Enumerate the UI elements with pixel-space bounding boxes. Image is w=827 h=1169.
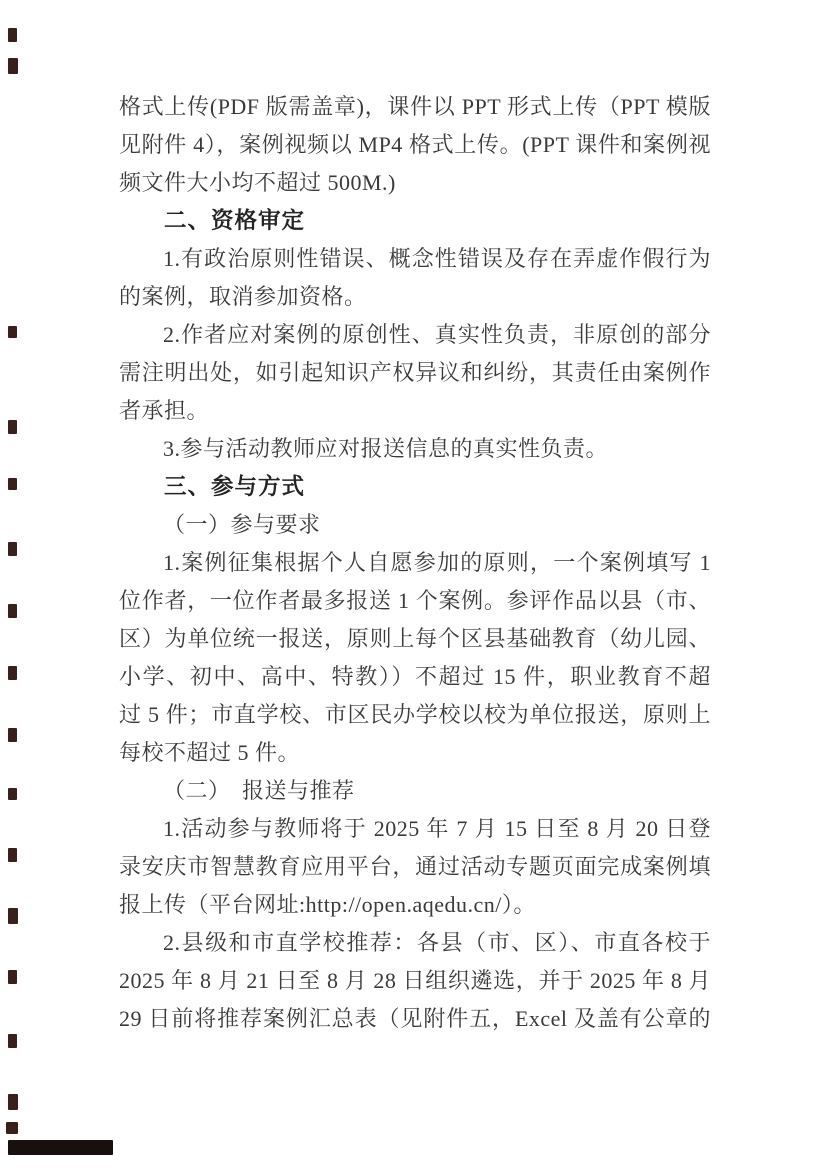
text-line: 需注明出处，如引起知识产权异议和纠纷，其责任由案例作: [119, 354, 711, 392]
section-heading: 三、参与方式: [119, 468, 711, 506]
text-line: 格式上传(PDF 版需盖章)，课件以 PPT 形式上传（PPT 模版: [119, 88, 711, 126]
text-line: 2025 年 8 月 21 日至 8 月 28 日组织遴选，并于 2025 年 …: [119, 962, 711, 1000]
text-line: 小学、初中、高中、特教））不超过 15 件，职业教育不超: [119, 658, 711, 696]
scan-binding-mark: [8, 666, 17, 680]
text-line: 1.有政治原则性错误、概念性错误及存在弄虚作假行为: [119, 240, 711, 278]
section-heading: 二、资格审定: [119, 202, 711, 240]
scan-binding-mark: [8, 788, 17, 800]
scan-binding-mark: [8, 1034, 17, 1048]
text-line: 报上传（平台网址:http://open.aqedu.cn/）。: [119, 886, 711, 924]
text-line: 1.案例征集根据个人自愿参加的原则，一个案例填写 1: [119, 544, 711, 582]
scan-binding-mark: [8, 728, 17, 742]
scan-binding-mark: [8, 848, 17, 862]
scan-smudge-bar: [8, 1140, 113, 1155]
scan-binding-mark: [8, 970, 17, 984]
text-line: 每校不超过 5 件。: [119, 734, 711, 772]
text-line: 29 日前将推荐案例汇总表（见附件五，Excel 及盖有公章的: [119, 1000, 711, 1038]
text-line: 的案例，取消参加资格。: [119, 278, 711, 316]
text-line: 2.县级和市直学校推荐：各县（市、区）、市直各校于: [119, 924, 711, 962]
document-page: 格式上传(PDF 版需盖章)，课件以 PPT 形式上传（PPT 模版见附件 4）…: [0, 0, 827, 1169]
scan-binding-mark: [8, 542, 17, 556]
text-line: 2.作者应对案例的原创性、真实性负责，非原创的部分: [119, 316, 711, 354]
text-line: （二） 报送与推荐: [119, 772, 711, 810]
text-line: 录安庆市智慧教育应用平台，通过活动专题页面完成案例填: [119, 848, 711, 886]
scan-binding-mark: [8, 58, 18, 74]
text-line: 1.活动参与教师将于 2025 年 7 月 15 日至 8 月 20 日登: [119, 810, 711, 848]
text-line: 区）为单位统一报送，原则上每个区县基础教育（幼儿园、: [119, 620, 711, 658]
scan-binding-mark: [8, 28, 17, 42]
scan-binding-mark: [8, 908, 18, 924]
scan-binding-mark: [8, 326, 17, 338]
scan-binding-mark: [8, 478, 17, 490]
scan-binding-mark: [6, 1122, 18, 1134]
document-lines: 格式上传(PDF 版需盖章)，课件以 PPT 形式上传（PPT 模版见附件 4）…: [119, 88, 711, 1038]
text-line: 位作者，一位作者最多报送 1 个案例。参评作品以县（市、: [119, 582, 711, 620]
text-line: （一）参与要求: [119, 506, 711, 544]
text-line: 见附件 4），案例视频以 MP4 格式上传。(PPT 课件和案例视: [119, 126, 711, 164]
text-line: 3.参与活动教师应对报送信息的真实性负责。: [119, 430, 711, 468]
scan-binding-mark: [8, 1094, 18, 1110]
scan-binding-mark: [8, 604, 17, 618]
scan-binding-mark: [8, 420, 17, 434]
text-line: 者承担。: [119, 392, 711, 430]
text-line: 过 5 件；市直学校、市区民办学校以校为单位报送，原则上: [119, 696, 711, 734]
text-line: 频文件大小均不超过 500M.): [119, 164, 711, 202]
